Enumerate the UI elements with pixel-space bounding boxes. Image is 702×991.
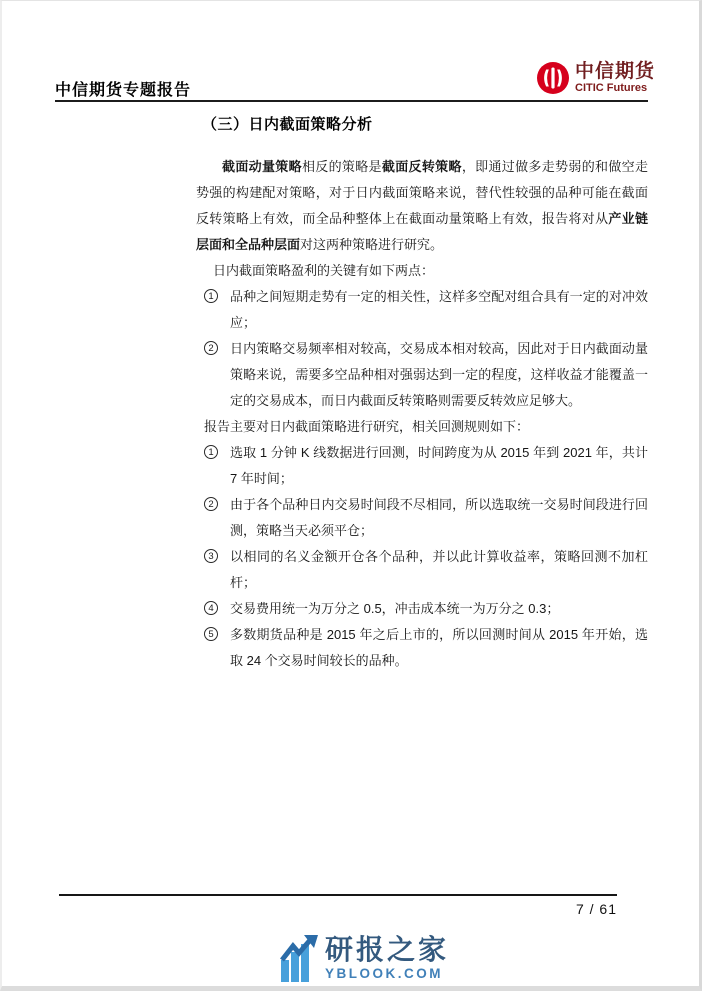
- brand-name-cn: 中信期货: [575, 62, 655, 81]
- citic-logo-icon: [536, 61, 570, 95]
- list-item: 5 多数期货品种是 2015 年之后上市的，所以回测时间从 2015 年开始，选…: [196, 622, 648, 674]
- circled-number-icon: 4: [204, 601, 218, 615]
- paragraph-strategy-intro: 截面动量策略相反的策略是截面反转策略，即通过做多走势弱的和做空走势强的构建配对策…: [196, 154, 648, 258]
- report-body: （三）日内截面策略分析 截面动量策略相反的策略是截面反转策略，即通过做多走势弱的…: [196, 112, 648, 674]
- list-item-text: 选取 1 分钟 K 线数据进行回测，时间跨度为从 2015 年到 2021 年，…: [230, 445, 648, 486]
- watermark-site-url: YBLOOK.COM: [325, 967, 449, 981]
- list-item-text: 多数期货品种是 2015 年之后上市的，所以回测时间从 2015 年开始，选取 …: [230, 627, 648, 668]
- list-item-text: 以相同的名义金额开仓各个品种，并以此计算收益率，策略回测不加杠杆；: [230, 549, 648, 590]
- watermark-site-name: 研报之家: [325, 936, 449, 964]
- list-item: 4 交易费用统一为万分之 0.5，冲击成本统一为万分之 0.3；: [196, 596, 648, 622]
- list-item-text: 由于各个品种日内交易时间段不尽相同，所以选取统一交易时间段进行回测，策略当天必须…: [230, 497, 648, 538]
- yblook-watermark: 研报之家 YBLOOK.COM: [280, 935, 449, 982]
- keypoints-list: 1 品种之间短期走势有一定的相关性，这样多空配对组合具有一定的对冲效应； 2 日…: [196, 284, 648, 414]
- footer-divider: [59, 894, 617, 896]
- list-item: 2 日内策略交易频率相对较高，交易成本相对较高，因此对于日内截面动量策略来说，需…: [196, 336, 648, 414]
- list-item: 3 以相同的名义金额开仓各个品种，并以此计算收益率，策略回测不加杠杆；: [196, 544, 648, 596]
- list-item: 1 品种之间短期走势有一定的相关性，这样多空配对组合具有一定的对冲效应；: [196, 284, 648, 336]
- bar-chart-logo-icon: [280, 935, 318, 982]
- circled-number-icon: 2: [204, 497, 218, 511]
- circled-number-icon: 5: [204, 627, 218, 641]
- brand-name-en: CITIC Futures: [575, 83, 655, 94]
- circled-number-icon: 2: [204, 341, 218, 355]
- circled-number-icon: 3: [204, 549, 218, 563]
- citic-brand-logo: 中信期货 CITIC Futures: [536, 61, 655, 95]
- page-number: 7 / 61: [480, 901, 617, 917]
- list-item-text: 品种之间短期走势有一定的相关性，这样多空配对组合具有一定的对冲效应；: [230, 289, 648, 330]
- report-header-title: 中信期货专题报告: [55, 77, 191, 100]
- paragraph-rules-lead: 报告主要对日内截面策略进行研究，相关回测规则如下：: [196, 414, 648, 440]
- backtest-rules-list: 1 选取 1 分钟 K 线数据进行回测，时间跨度为从 2015 年到 2021 …: [196, 440, 648, 674]
- circled-number-icon: 1: [204, 289, 218, 303]
- list-item-text: 日内策略交易频率相对较高，交易成本相对较高，因此对于日内截面动量策略来说，需要多…: [230, 341, 648, 408]
- list-item: 1 选取 1 分钟 K 线数据进行回测，时间跨度为从 2015 年到 2021 …: [196, 440, 648, 492]
- section-heading: （三）日内截面策略分析: [202, 112, 648, 138]
- header-divider: [55, 100, 648, 102]
- list-item-text: 交易费用统一为万分之 0.5，冲击成本统一为万分之 0.3；: [230, 601, 559, 616]
- list-item: 2 由于各个品种日内交易时间段不尽相同，所以选取统一交易时间段进行回测，策略当天…: [196, 492, 648, 544]
- paragraph-keypoints-lead: 日内截面策略盈利的关键有如下两点：: [196, 258, 648, 284]
- circled-number-icon: 1: [204, 445, 218, 459]
